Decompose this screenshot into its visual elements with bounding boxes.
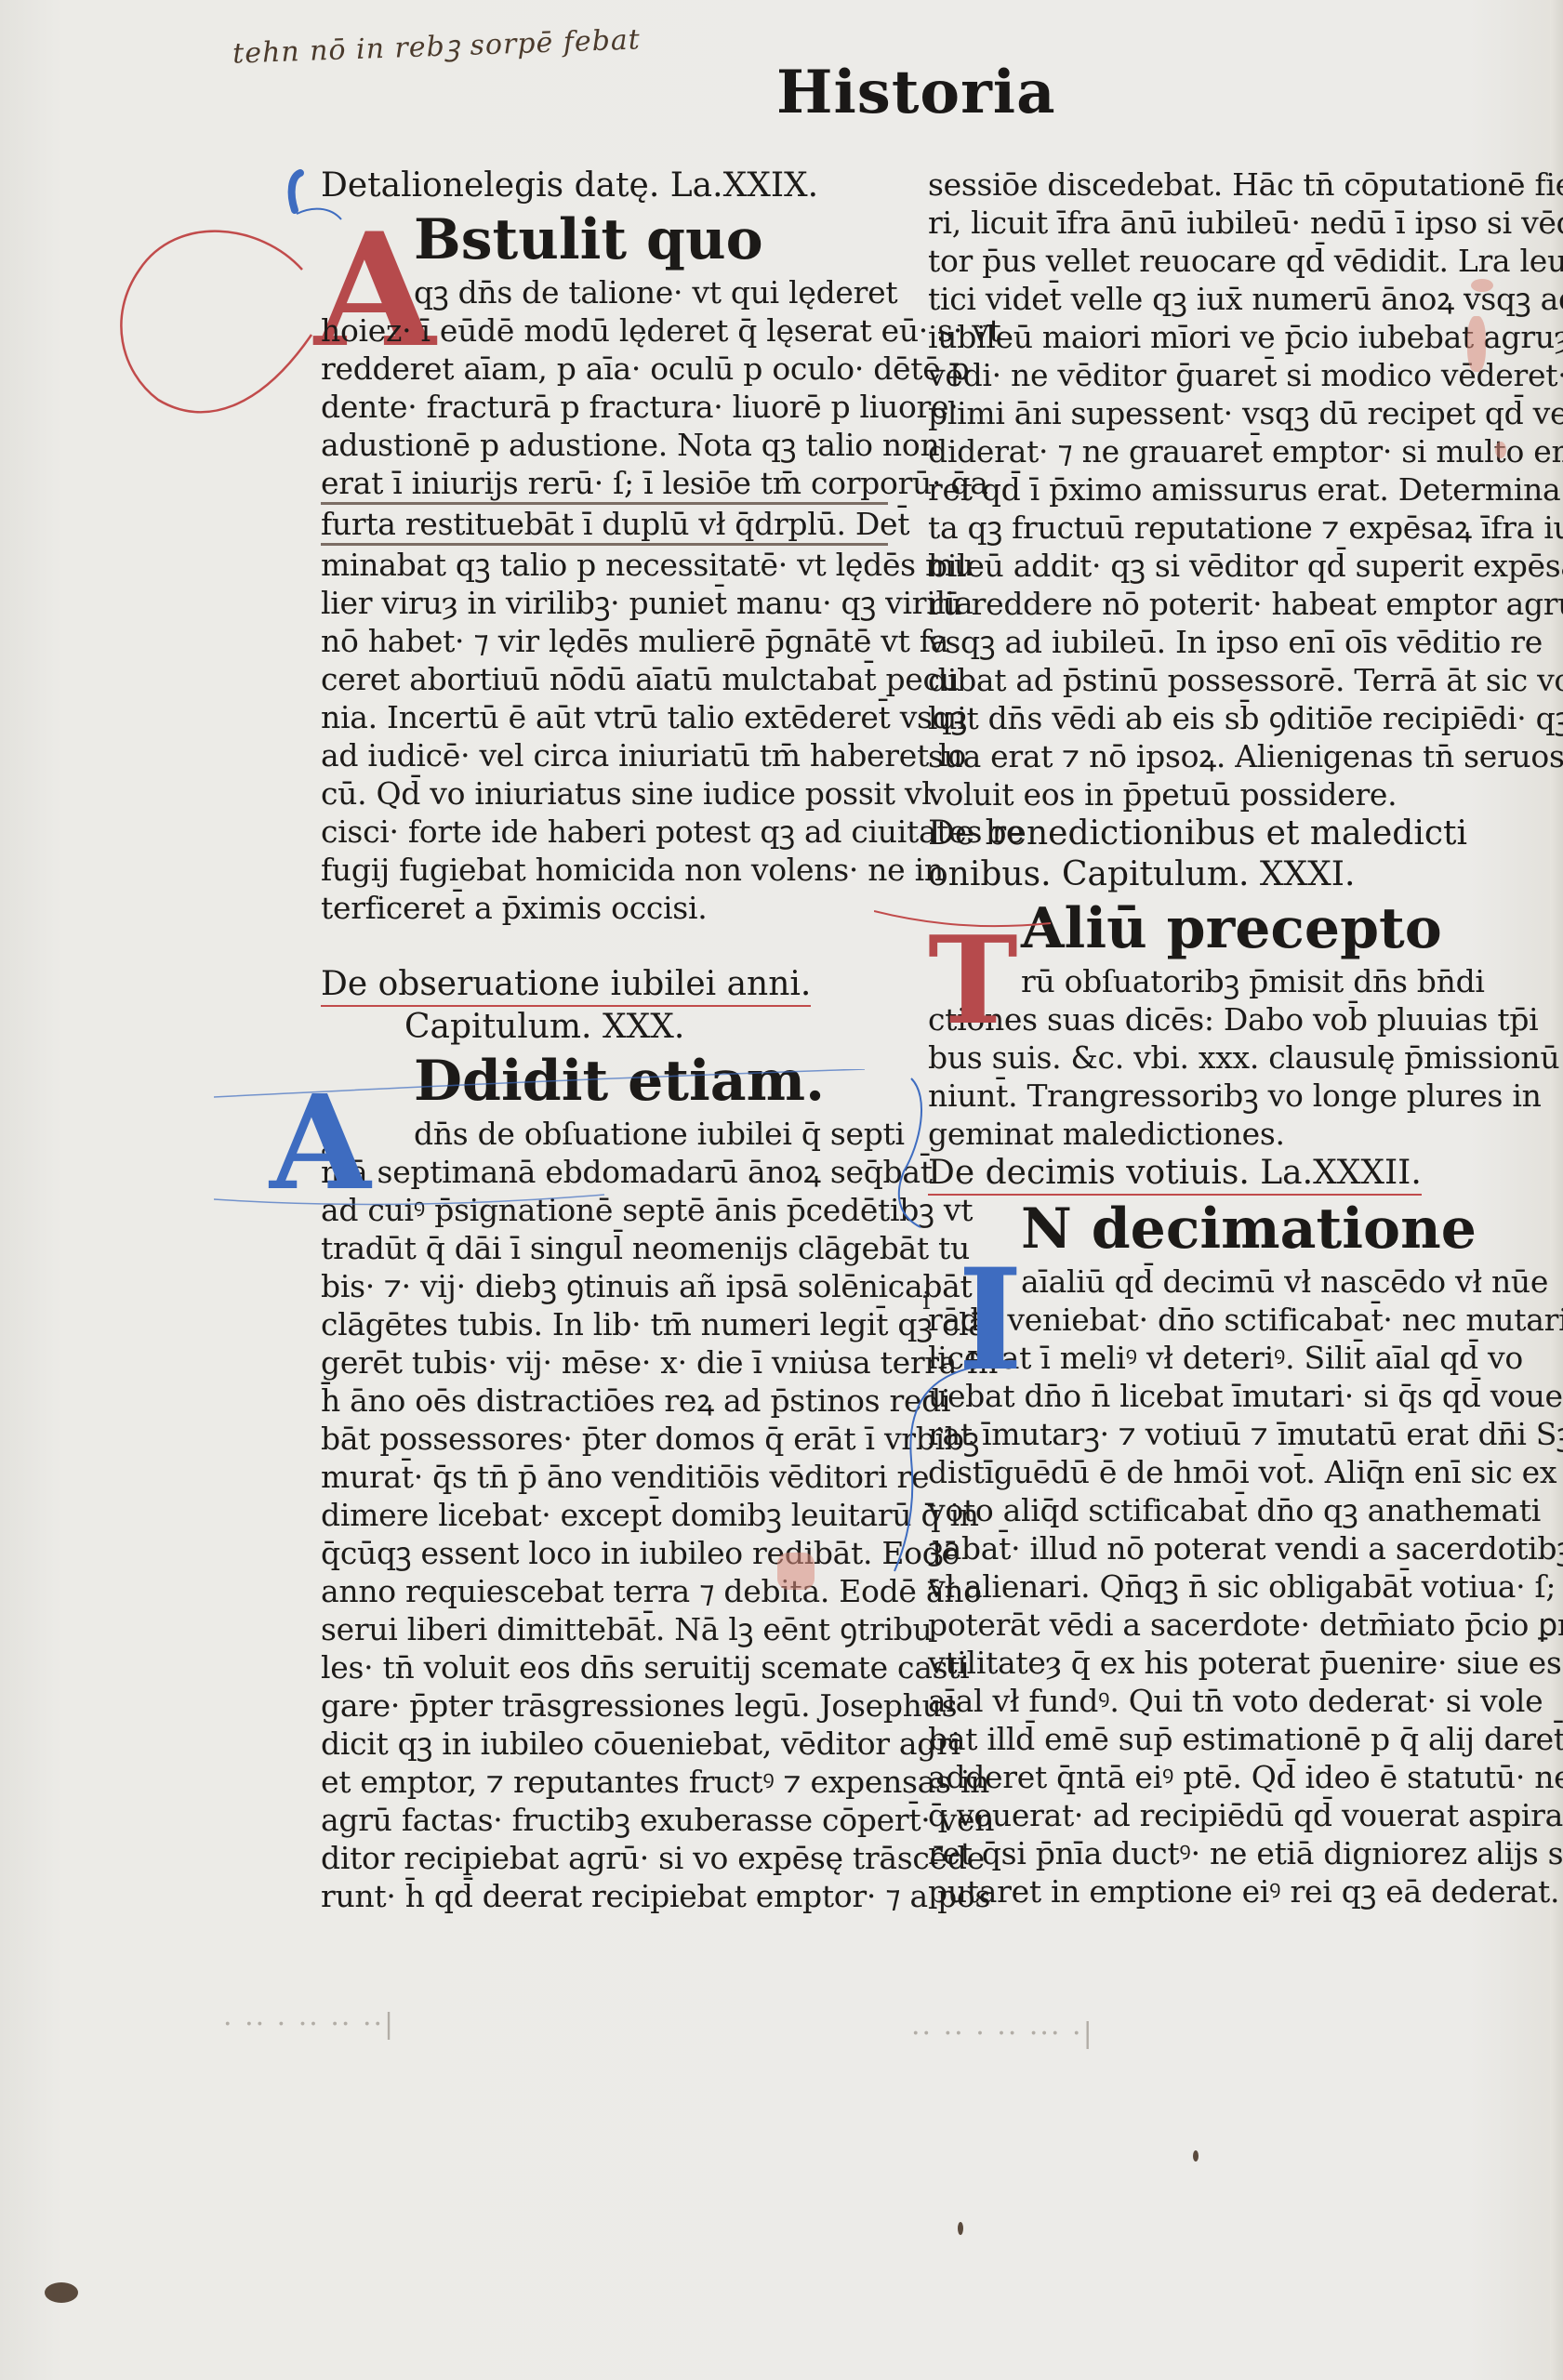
text-line: ad iudicē· vel circa iniuriatū tm̄ haber… [321,736,888,774]
text-line: bileū addit· qꝫ si vēditor qd̄ superit e… [928,547,1481,585]
text-line: dente· fracturā p fractura· liuorē p liu… [321,388,888,426]
text-line: clāgētes tubis. In lib· tm̄ numeri legit… [321,1305,888,1343]
text-line: iubileū maiori mīori ve p̄cio iubebat ag… [928,318,1481,356]
text-line: adderet q̄ntā eiꝰ ptē. Qd̄ ideo ē statut… [928,1758,1481,1796]
red-ink-stain [1471,279,1493,292]
chapter-30-incipit: Ddidit etiam. [321,1048,888,1115]
text-line: hoiez· ī eūdē modū lęderet q̄ lęserat eū… [321,311,888,350]
show-through-text-left: · ·· · ·· ·· ··| [223,2008,395,2041]
text-line: sessiōe discedebat. Hāc tn̄ cōputationē … [928,165,1481,204]
text-line: plimi āni supessent· vsqꝫ dū recipet qd̄… [928,394,1481,432]
chapter-30-continuation: sessiōe discedebat. Hāc tn̄ cōputationē … [928,165,1481,813]
text-line: aīal vł fundꝰ. Qui tn̄ voto dederat· si … [928,1682,1481,1720]
text-line: ta qꝫ fructuū reputatione ⁊ expēsaꝝ īfra… [928,509,1481,547]
guide-letter-i: i [922,1288,930,1316]
text-line: gerēt tubis· vij· mēse· x· die ī vniu̇sa… [321,1343,888,1382]
text-line: bat illd̄ emē sup̄ estimationē p q̄ alij… [928,1720,1481,1758]
text-line: les· tn̄ voluit eos dn̄s seruitij scemat… [321,1648,888,1686]
text-line: voto aliq̄d sctificabat̄ dn̄o qꝫ anathem… [928,1491,1481,1529]
text-line: ret q̄si p̄nīa ductꝰ· ne etiā digniorez … [928,1834,1481,1872]
marginal-manuscript-note: tehn nō in rebꝫ sorpē febat [232,19,641,71]
text-line: putaret in emptione eiꝰ rei qꝫ eā dedera… [928,1872,1481,1911]
text-line: minabat qꝫ talio p necessitatē· vt lędēs… [321,546,888,584]
text-line: agrū factas· fructibꝫ exuberasse cōpert̄… [321,1801,888,1839]
text-line: geminat maledictiones. [928,1115,1481,1153]
text-line: q̄ vouerat· ad recipiēdū qd̄ vouerat asp… [928,1796,1481,1834]
text-line: serui liberi dimittebāt̄. Nā lꝫ eēnt ꝯtr… [321,1610,888,1648]
text-line: bis· ⁊· vij· diebꝫ ꝯtinuis añ ipsā solēn… [321,1267,888,1305]
text-line: qꝫ dn̄s de talione· vt qui lęderet [321,273,888,311]
text-line: ceret abortiuū nōdū aīatū mulctabat̄ pec… [321,660,888,698]
initial-a-blue: A [270,1078,371,1209]
text-line-underlined: erat ī iniurijs rerū· ſ; ī lesiōe tm̄ co… [321,464,888,505]
red-flourish-icon [102,214,344,428]
left-column: Detalionelegis datę. La.XXIX. Bstulit qu… [321,165,888,1915]
text-line: dicit qꝫ in iubileo cōueniebat, vēditor … [321,1725,888,1763]
text-line: dimere licebat· except̄ domibꝫ leuitarū … [321,1496,888,1534]
chapter-29-incipit: Bstulit quo [321,206,888,273]
text-line: nia. Incertū ē aūt vtrū talio extēderet̄… [321,698,888,736]
chapter-30-number: Capitulum. XXX. [321,1007,888,1048]
text-line: ꝫabat̄· illud nō poterat vendi a sacerdo… [928,1529,1481,1567]
initial-i-blue: I [958,1250,1023,1390]
red-ink-stain [1467,316,1486,372]
text-line: sua erat ⁊ nō ipsoꝝ. Alienigenas tn̄ ser… [928,737,1481,775]
text-line: tici videt̄ velle qꝫ iux̄ numerū ānoꝝ vs… [928,280,1481,318]
text-line: luit dn̄s vēdi ab eis sb̄ ꝯditiōe recipi… [928,699,1481,737]
text-line: murat̄· q̄s tn̄ p̄ āno venditiōis vēdito… [321,1458,888,1496]
text-line: rū reddere nō poterit· habeat emptor agr… [928,585,1481,623]
text-line: rat īmutarꝫ· ⁊ votiuū ⁊ īmutatū erat dn̄… [928,1415,1481,1453]
text-line: dn̄s de obſuatione iubilei q̄ septi [321,1115,888,1153]
text-line: distīguēdū ē de hmōi vot̄. Aliq̄n enī si… [928,1453,1481,1491]
text-line: vsqꝫ ad iubileū. In ipso enī oīs vēditio… [928,623,1481,661]
ink-blot [1193,2150,1199,2162]
text-line: mā septimanā ebdomadarū ānoꝝ seq̄bat̄ [321,1153,888,1191]
text-line: h̄ āno oēs distractiōes reꝝ ad p̄stinos … [321,1382,888,1420]
chapter-32-rubric: De decimis votiuis. La.XXXII. [928,1153,1422,1196]
page: tehn nō in rebꝫ sorpē febat Historia A D… [0,0,1563,2380]
text-line: gare· p̄pter trāsgressiones legū. Joseph… [321,1686,888,1725]
text-line: et emptor, ⁊ reputantes fructꝰ ⁊ expensa… [321,1763,888,1801]
text-line-underlined: furta restituebāt ī duplū vł q̄drplū. De… [321,505,888,546]
show-through-text-right: ·· ·· · ·· ··· ·| [911,2017,1094,2050]
red-ink-stain [777,1553,815,1590]
text-line: cū. Qd̄ vo iniuriatus sine iudice possit… [321,774,888,813]
text-line: redderet aīam, p aīa· oculū p oculo· dēt… [321,350,888,388]
text-line: vēdi· ne vēditor ḡuaret̄ si modico vēder… [928,356,1481,394]
running-head: Historia [776,58,1056,127]
ink-blot [45,2282,78,2303]
text-line: vtilitateȝ q̄ ex his poterat p̄uenire· s… [928,1644,1481,1682]
initial-t-red: T [928,920,1018,1041]
text-line: vł alienari. Qn̄qꝫ n̄ sic obligabāt̄ vot… [928,1567,1481,1606]
text-line: nō habet· ⁊ vir lędēs mulierē p̄gnātē vt… [321,622,888,660]
text-line: terficeret̄ a p̄ximis occisi. [321,889,888,927]
text-line: poterāt vēdi a sacerdote· detm̄iato p̄ci… [928,1606,1481,1644]
text-line: voluit eos in p̄petuū possidere. [928,775,1481,813]
text-line: tradūt q̄ dāi ī singul̄ neomenijs clāgeb… [321,1229,888,1267]
chapter-31-number: onibus. Capitulum. XXXI. [928,854,1481,895]
text-line: tor p̄us vellet reuocare qd̄ vēdidit. Lr… [928,242,1481,280]
text-line: niunt̄. Trangressoribꝫ vo longe plures i… [928,1077,1481,1115]
red-ink-stain [1495,442,1506,458]
ink-blot [958,2222,963,2235]
text-line: dibat ad p̄stinū possessorē. Terrā āt si… [928,661,1481,699]
text-line: ri, licuit īfra ānū iubileū· nedū ī ipso… [928,204,1481,242]
chapter-29-rubric: Detalionelegis datę. La.XXIX. [321,165,888,206]
text-line: ad cuiꝰ p̄signationē septē ānis p̄cedēti… [321,1191,888,1229]
text-line: fugij fugiebat homicida non volens· ne i… [321,851,888,889]
text-line: ret qd̄ ī p̄ximo amissurus erat. Determi… [928,470,1481,509]
text-line: runt· h̄ qd̄ deerat recipiebat emptor· ⁊… [321,1877,888,1915]
chapter-30-rubric: De obseruatione iubilei anni. [321,964,811,1007]
text-line: ditor recipiebat agrū· si vo expēsę trās… [321,1839,888,1877]
chapter-31-rubric: De benedictionibus et maledicti [928,813,1481,854]
text-line: bāt possessores· p̄ter domos q̄ erāt ī v… [321,1420,888,1458]
text-line: adustionē p adustione. Nota qꝫ talio non [321,426,888,464]
text-line: diderat· ⁊ ne grauaret̄ emptor· si multo… [928,432,1481,470]
text-line: lier viruȝ in virilibꝫ· puniet̄ manu· qꝫ… [321,584,888,622]
text-line: cisci· forte ide haberi potest qꝫ ad ciu… [321,813,888,851]
chapter-29-text: qꝫ dn̄s de talione· vt qui lęderet hoiez… [321,273,888,927]
chapter-30-text: dn̄s de obſuatione iubilei q̄ septi mā s… [321,1115,888,1915]
